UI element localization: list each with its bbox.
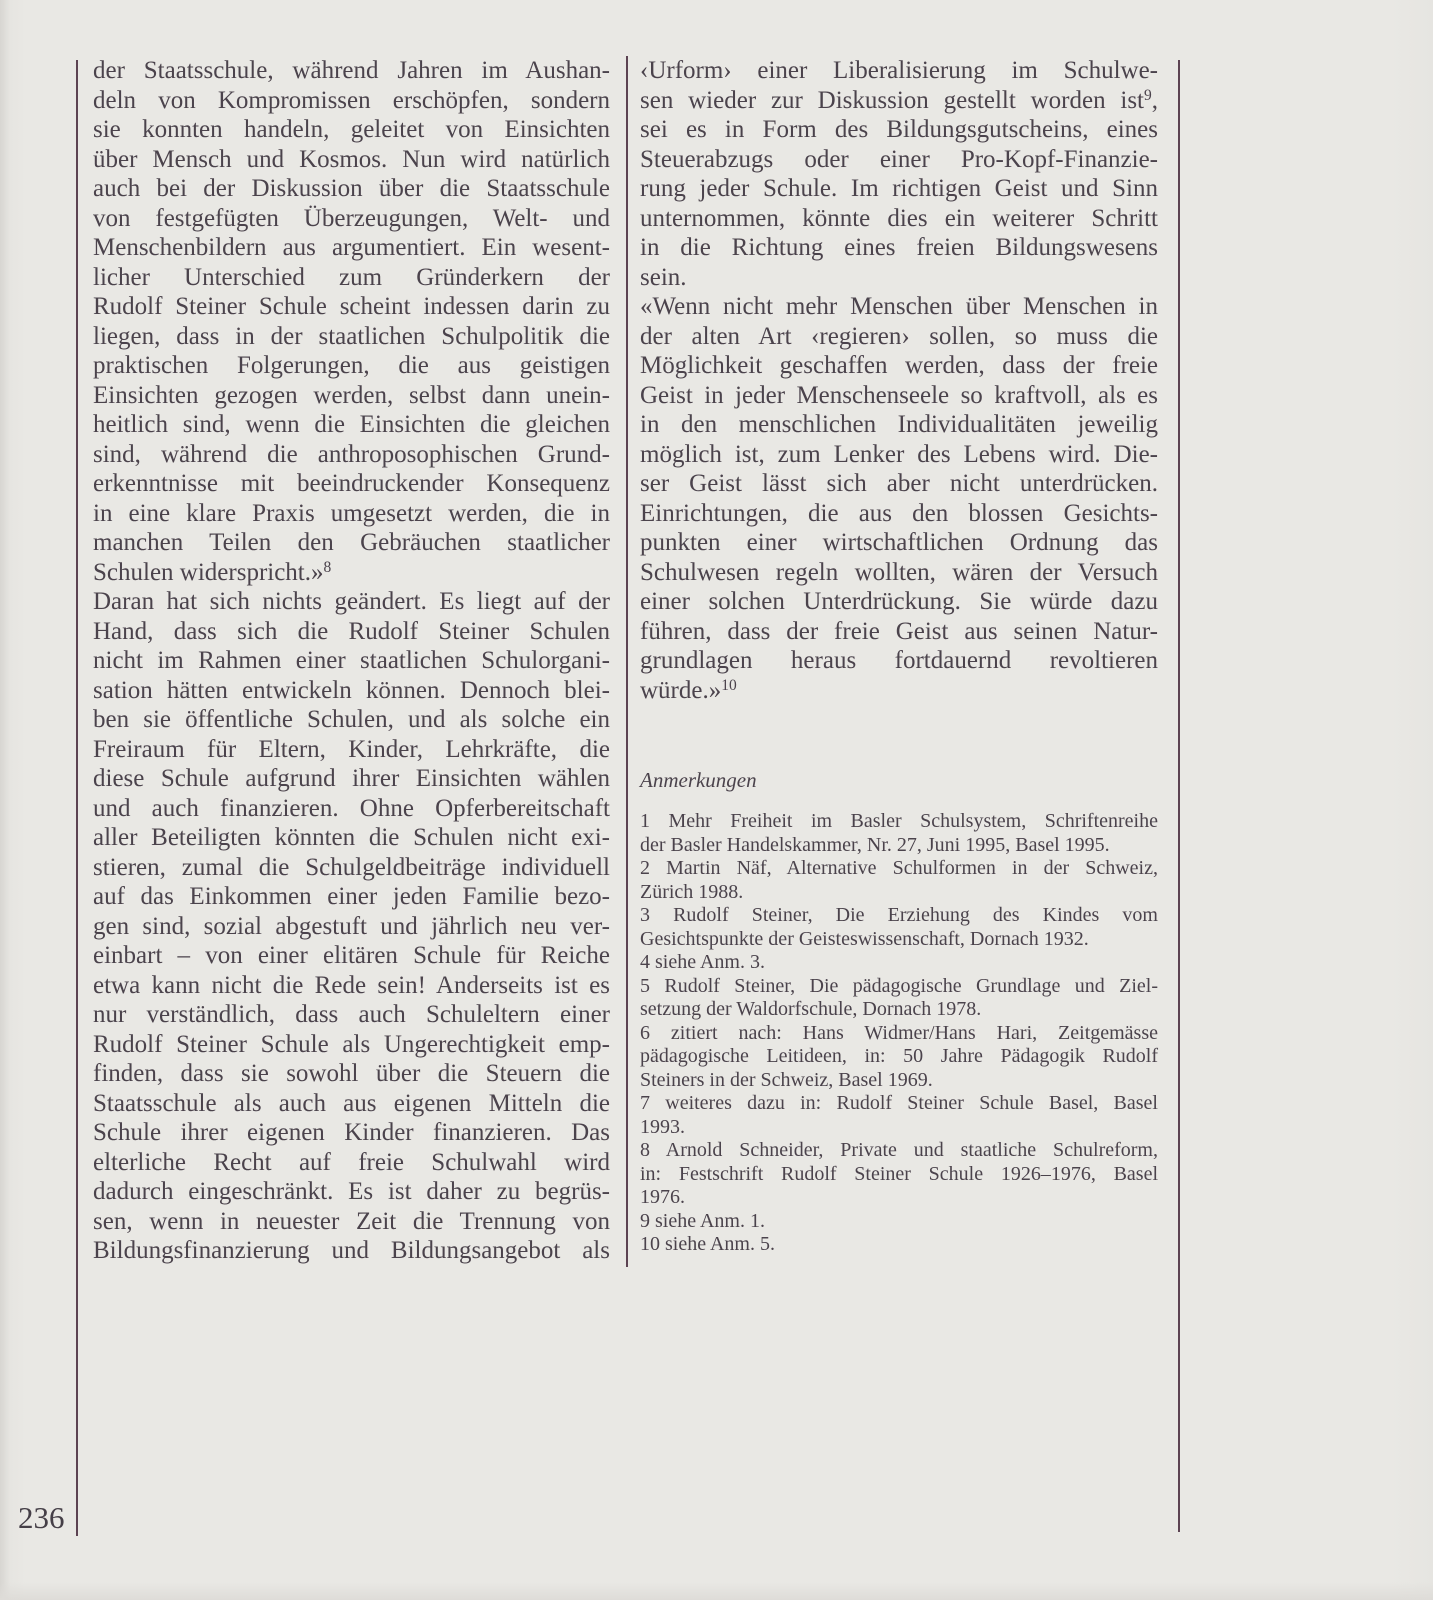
text-line: der Basler Handelskammer, Nr. 27, Juni 1… <box>640 834 1158 858</box>
text-line: diese Schule aufgrund ihrer Einsichten w… <box>93 764 610 794</box>
text-line: 5 Rudolf Steiner, Die pädagogische Grund… <box>640 975 1158 999</box>
text-line: der alten Art ‹regieren› sollen, so muss… <box>640 322 1158 352</box>
text-line: praktischen Folgerungen, die aus geistig… <box>93 351 610 381</box>
text-line: Steuerabzugs oder einer Pro-Kopf-Finanzi… <box>640 145 1158 175</box>
text-line: nicht im Rahmen einer staatlichen Schulo… <box>93 646 610 676</box>
text-line: gen sind, sozial abgestuft und jährlich … <box>93 912 610 942</box>
text-line: etwa kann nicht die Rede sein! Anderseit… <box>93 971 610 1001</box>
text-line: sen, wenn in neuester Zeit die Trennung … <box>93 1207 610 1237</box>
notes-heading: Anmerkungen <box>640 767 1158 793</box>
text-line: und auch finanzieren. Ohne Opferbereitsc… <box>93 794 610 824</box>
text-line: sei es in Form des Bildungsgutscheins, e… <box>640 115 1158 145</box>
text-line: Schule ihrer eigenen Kinder finanzieren.… <box>93 1118 610 1148</box>
text-line: Geist in jeder Menschenseele so kraftvol… <box>640 381 1158 411</box>
text-line: auf das Einkommen einer jeden Familie be… <box>93 882 610 912</box>
text-line: Bildungsfinanzierung und Bildungsangebot… <box>93 1236 610 1266</box>
text-line: liegen, dass in der staatlichen Schulpol… <box>93 322 610 352</box>
text-line: 3 Rudolf Steiner, Die Erziehung des Kind… <box>640 904 1158 928</box>
text-line: Zürich 1988. <box>640 881 1158 905</box>
text-line: manchen Teilen den Gebräuchen staatliche… <box>93 528 610 558</box>
text-line: punkten einer wirtschaftlichen Ordnung d… <box>640 528 1158 558</box>
text-line: einbart – von einer elitären Schule für … <box>93 941 610 971</box>
paragraph: Daran hat sich nichts geändert. Es liegt… <box>93 587 610 1266</box>
text-line: 4 siehe Anm. 3. <box>640 951 1158 975</box>
text-line: einer solchen Unterdrückung. Sie würde d… <box>640 587 1158 617</box>
text-line: Möglichkeit geschaffen werden, dass der … <box>640 351 1158 381</box>
paragraph: 5 Rudolf Steiner, Die pädagogische Grund… <box>640 975 1158 1022</box>
paragraph: 7 weiteres dazu in: Rudolf Steiner Schul… <box>640 1092 1158 1139</box>
text-line: sation hätten entwickeln können. Dennoch… <box>93 676 610 706</box>
paragraph: 9 siehe Anm. 1. <box>640 1210 1158 1234</box>
paragraph: 2 Martin Näf, Alternative Schulformen in… <box>640 857 1158 904</box>
text-line: deln von Kompromissen erschöpfen, sonder… <box>93 86 610 116</box>
text-line: von festgefügten Überzeugungen, Welt- un… <box>93 204 610 234</box>
text-line: aller Beteiligten könnten die Schulen ni… <box>93 823 610 853</box>
text-line: Gesichtspunkte der Geisteswissenschaft, … <box>640 928 1158 952</box>
text-line: 9 siehe Anm. 1. <box>640 1210 1158 1234</box>
text-line: rung jeder Schule. Im richtigen Geist un… <box>640 174 1158 204</box>
text-line: der Staatsschule, während Jahren im Aush… <box>93 56 610 86</box>
text-line: unternommen, könnte dies ein weiterer Sc… <box>640 204 1158 234</box>
text-line: in: Festschrift Rudolf Steiner Schule 19… <box>640 1163 1158 1187</box>
column-divider-rule <box>626 56 628 1267</box>
text-line: setzung der Waldorfschule, Dornach 1978. <box>640 998 1158 1022</box>
text-line: 1993. <box>640 1116 1158 1140</box>
text-line: Rudolf Steiner Schule als Ungerechtigkei… <box>93 1030 610 1060</box>
text-line: pädagogische Leitideen, in: 50 Jahre Päd… <box>640 1045 1158 1069</box>
paragraph: 6 zitiert nach: Hans Widmer/Hans Hari, Z… <box>640 1022 1158 1093</box>
right-column-paragraphs: ‹Urform› einer Liberalisierung im Schulw… <box>640 56 1158 705</box>
text-line: Menschenbildern aus argumentiert. Ein we… <box>93 233 610 263</box>
paragraph: «Wenn nicht mehr Menschen über Menschen … <box>640 292 1158 705</box>
text-line: elterliche Recht auf freie Schulwahl wir… <box>93 1148 610 1178</box>
text-line: heitlich sind, wenn die Einsichten die g… <box>93 410 610 440</box>
text-line: in den menschlichen Individualitäten jew… <box>640 410 1158 440</box>
paragraph: ‹Urform› einer Liberalisierung im Schulw… <box>640 56 1158 292</box>
paragraph: 4 siehe Anm. 3. <box>640 951 1158 975</box>
text-line: Rudolf Steiner Schule scheint indessen d… <box>93 292 610 322</box>
text-line: über Mensch und Kosmos. Nun wird natürli… <box>93 145 610 175</box>
text-line: sein. <box>640 263 1158 293</box>
text-line: Steiners in der Schweiz, Basel 1969. <box>640 1069 1158 1093</box>
text-line: Staatsschule als auch aus eigenen Mittel… <box>93 1089 610 1119</box>
text-line: Einsichten gezogen werden, selbst dann u… <box>93 381 610 411</box>
paragraph: 1 Mehr Freiheit im Basler Schulsystem, S… <box>640 810 1158 857</box>
text-line: in eine klare Praxis umgesetzt werden, d… <box>93 499 610 529</box>
paragraph: 8 Arnold Schneider, Private und staatlic… <box>640 1139 1158 1210</box>
text-line: führen, dass der freie Geist aus seinen … <box>640 617 1158 647</box>
text-line: 8 Arnold Schneider, Private und staatlic… <box>640 1139 1158 1163</box>
text-line: Einrichtungen, die aus den blossen Gesic… <box>640 499 1158 529</box>
paragraph: 3 Rudolf Steiner, Die Erziehung des Kind… <box>640 904 1158 951</box>
text-line: Schulwesen regeln wollten, wären der Ver… <box>640 558 1158 588</box>
right-margin-rule <box>1178 60 1180 1532</box>
scanned-book-page: der Staatsschule, während Jahren im Aush… <box>0 0 1433 1600</box>
text-line: «Wenn nicht mehr Menschen über Menschen … <box>640 292 1158 322</box>
paragraph: der Staatsschule, während Jahren im Aush… <box>93 56 610 587</box>
text-line: in die Richtung eines freien Bildungswes… <box>640 233 1158 263</box>
text-line: ser Geist lässt sich aber nicht unterdrü… <box>640 469 1158 499</box>
text-line: nur verständlich, dass auch Schuleltern … <box>93 1000 610 1030</box>
text-line: erkenntnisse mit beeindruckender Konsequ… <box>93 469 610 499</box>
text-line: licher Unterschied zum Gründerkern der <box>93 263 610 293</box>
text-line: 6 zitiert nach: Hans Widmer/Hans Hari, Z… <box>640 1022 1158 1046</box>
text-line: ‹Urform› einer Liberalisierung im Schulw… <box>640 56 1158 86</box>
text-line: dadurch eingeschränkt. Es ist daher zu b… <box>93 1177 610 1207</box>
text-line: 7 weiteres dazu in: Rudolf Steiner Schul… <box>640 1092 1158 1116</box>
text-line: Freiraum für Eltern, Kinder, Lehrkräfte,… <box>93 735 610 765</box>
paragraph: 10 siehe Anm. 5. <box>640 1233 1158 1257</box>
text-line: ben sie öffentliche Schulen, und als sol… <box>93 705 610 735</box>
text-line: möglich ist, zum Lenker des Lebens wird.… <box>640 440 1158 470</box>
footnotes-list: 1 Mehr Freiheit im Basler Schulsystem, S… <box>640 810 1158 1257</box>
text-line: 2 Martin Näf, Alternative Schulformen in… <box>640 857 1158 881</box>
text-line: auch bei der Diskussion über die Staatss… <box>93 174 610 204</box>
text-line: sind, während die anthroposophischen Gru… <box>93 440 610 470</box>
text-line: grundlagen heraus fortdauernd revoltiere… <box>640 646 1158 676</box>
page-number: 236 <box>18 1500 65 1536</box>
text-line: stieren, zumal die Schulgeldbeiträge ind… <box>93 853 610 883</box>
text-line: Daran hat sich nichts geändert. Es liegt… <box>93 587 610 617</box>
text-line: Schulen widerspricht.»8 <box>93 558 610 588</box>
left-margin-rule <box>76 60 78 1536</box>
text-line: finden, dass sie sowohl über die Steuern… <box>93 1059 610 1089</box>
right-text-column: ‹Urform› einer Liberalisierung im Schulw… <box>640 56 1158 1257</box>
left-text-column: der Staatsschule, während Jahren im Aush… <box>93 56 610 1266</box>
text-line: 1976. <box>640 1186 1158 1210</box>
text-line: sen wieder zur Diskussion gestellt worde… <box>640 86 1158 116</box>
text-line: 10 siehe Anm. 5. <box>640 1233 1158 1257</box>
text-line: würde.»10 <box>640 676 1158 706</box>
text-line: Hand, dass sich die Rudolf Steiner Schul… <box>93 617 610 647</box>
text-line: 1 Mehr Freiheit im Basler Schulsystem, S… <box>640 810 1158 834</box>
text-line: sie konnten handeln, geleitet von Einsic… <box>93 115 610 145</box>
